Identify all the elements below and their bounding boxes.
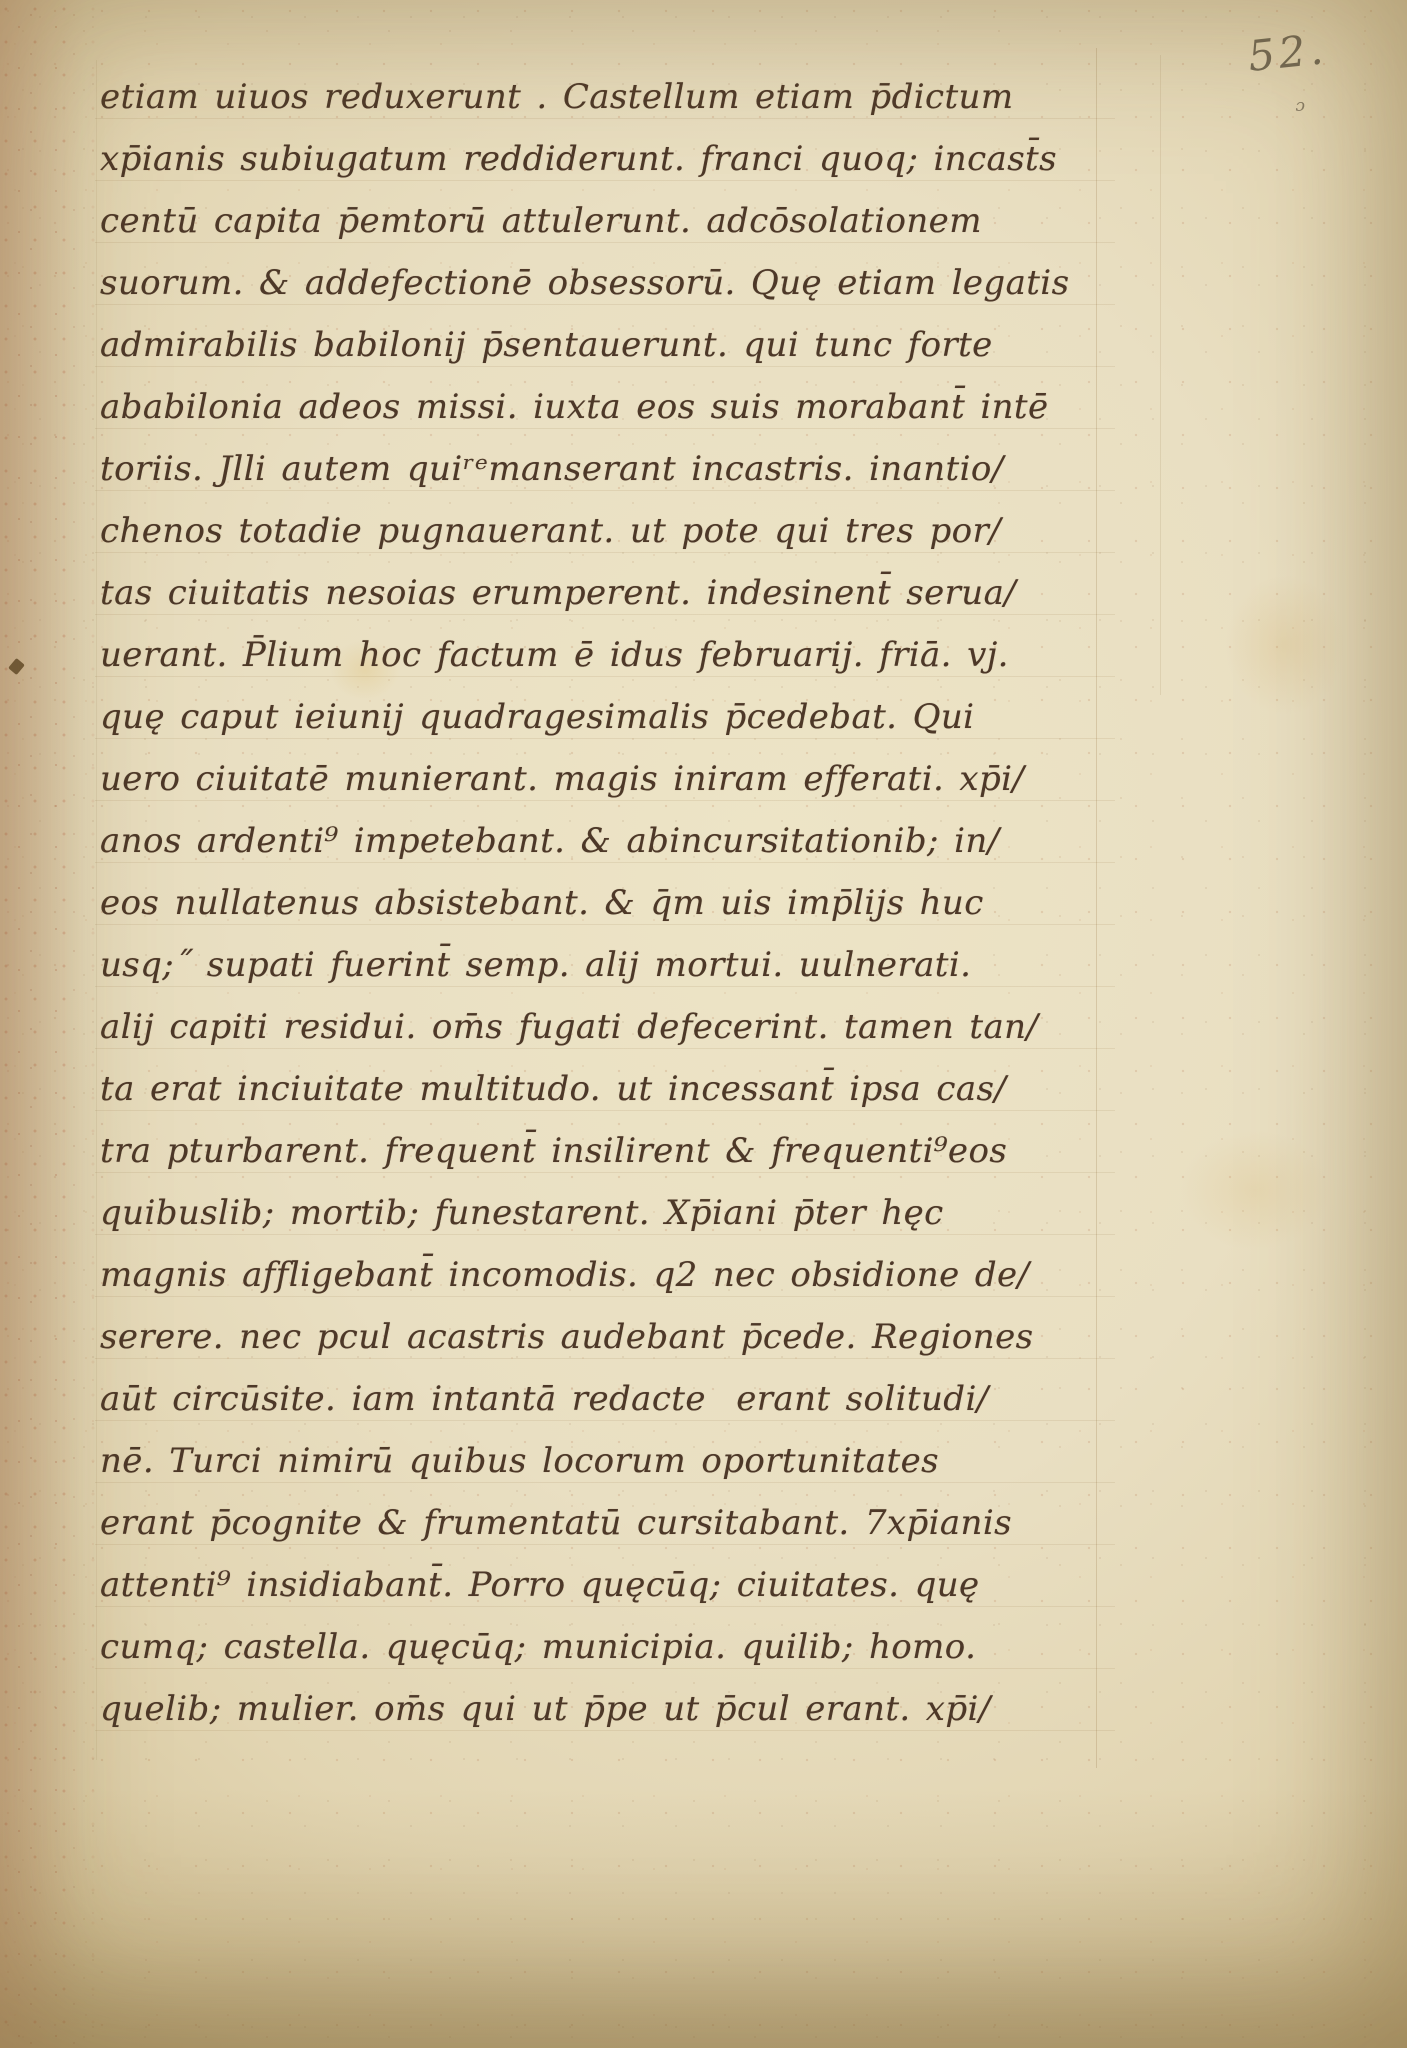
text-line: tas ciuitatis nesoias erumperent. indesi… bbox=[100, 562, 1160, 624]
text-line: anos ardenti⁹ impetebant. & abincursitat… bbox=[100, 810, 1160, 872]
text-line: tra pturbarent. frequent̄ insilirent & f… bbox=[100, 1120, 1160, 1182]
text-line: uero ciuitatē munierant. magis iniram ef… bbox=[100, 748, 1160, 810]
text-line: usq;˝ supati fuerint̄ semp. alij mortui.… bbox=[100, 934, 1160, 996]
ink-speck bbox=[8, 658, 25, 675]
text-line: alij capiti residui. om̄s fugati defecer… bbox=[100, 996, 1160, 1058]
manuscript-page: 52. ɔ etiam uiuos reduxerunt . Castellum… bbox=[0, 0, 1407, 2048]
text-line: etiam uiuos reduxerunt . Castellum etiam… bbox=[100, 66, 1160, 128]
text-line: serere. nec pcul acastris audebant p̄ced… bbox=[100, 1306, 1160, 1368]
text-line: cumq; castella. quęcūq; municipia. quili… bbox=[100, 1616, 1160, 1678]
text-line: magnis affligebant̄ incomodis. q2 nec ob… bbox=[100, 1244, 1160, 1306]
text-line: ababilonia adeos missi. iuxta eos suis m… bbox=[100, 376, 1160, 438]
text-line: eos nullatenus absistebant. & q̄m uis im… bbox=[100, 872, 1160, 934]
text-line: suorum. & addefectionē obsessorū. Quę et… bbox=[100, 252, 1160, 314]
left-edge-tint bbox=[0, 0, 86, 2048]
text-line: ta erat inciuitate multitudo. ut incessa… bbox=[100, 1058, 1160, 1120]
text-line: quelib; mulier. om̄s qui ut p̄pe ut p̄cu… bbox=[100, 1678, 1160, 1740]
text-line: aūt circūsite. iam intantā redacte erant… bbox=[100, 1368, 1160, 1430]
right-margin-ruling-line-2 bbox=[1160, 55, 1161, 695]
text-line: toriis. Jlli autem quiʳᵉmanserant incast… bbox=[100, 438, 1160, 500]
text-line: chenos totadie pugnauerant. ut pote qui … bbox=[100, 500, 1160, 562]
text-line: admirabilis babilonij p̄sentauerunt. qui… bbox=[100, 314, 1160, 376]
folio-mark: ɔ bbox=[1295, 96, 1305, 116]
bottom-shading bbox=[0, 1788, 1407, 2048]
text-block: etiam uiuos reduxerunt . Castellum etiam… bbox=[100, 66, 1160, 1740]
text-line: centū capita p̄emtorū attulerunt. adcōso… bbox=[100, 190, 1160, 252]
parchment-stain bbox=[1225, 575, 1345, 715]
text-line: xp̄ianis subiugatum reddiderunt. franci … bbox=[100, 128, 1160, 190]
text-line: quibuslib; mortib; funestarent. Xp̄iani … bbox=[100, 1182, 1160, 1244]
text-line: uerant. P̄lium hoc factum ē idus februar… bbox=[100, 624, 1160, 686]
left-edge-speckles bbox=[0, 0, 110, 2048]
folio-number: 52. bbox=[1246, 24, 1329, 81]
parchment-stain bbox=[1180, 1130, 1330, 1250]
text-line: attenti⁹ insidiabant̄. Porro quęcūq; ciu… bbox=[100, 1554, 1160, 1616]
text-line: erant p̄cognite & frumentatū cursitabant… bbox=[100, 1492, 1160, 1554]
text-line: nē. Turci nimirū quibus locorum oportuni… bbox=[100, 1430, 1160, 1492]
left-margin-ruling-line bbox=[96, 60, 97, 1760]
text-line: quę caput ieiunij quadragesimalis p̄cede… bbox=[100, 686, 1160, 748]
